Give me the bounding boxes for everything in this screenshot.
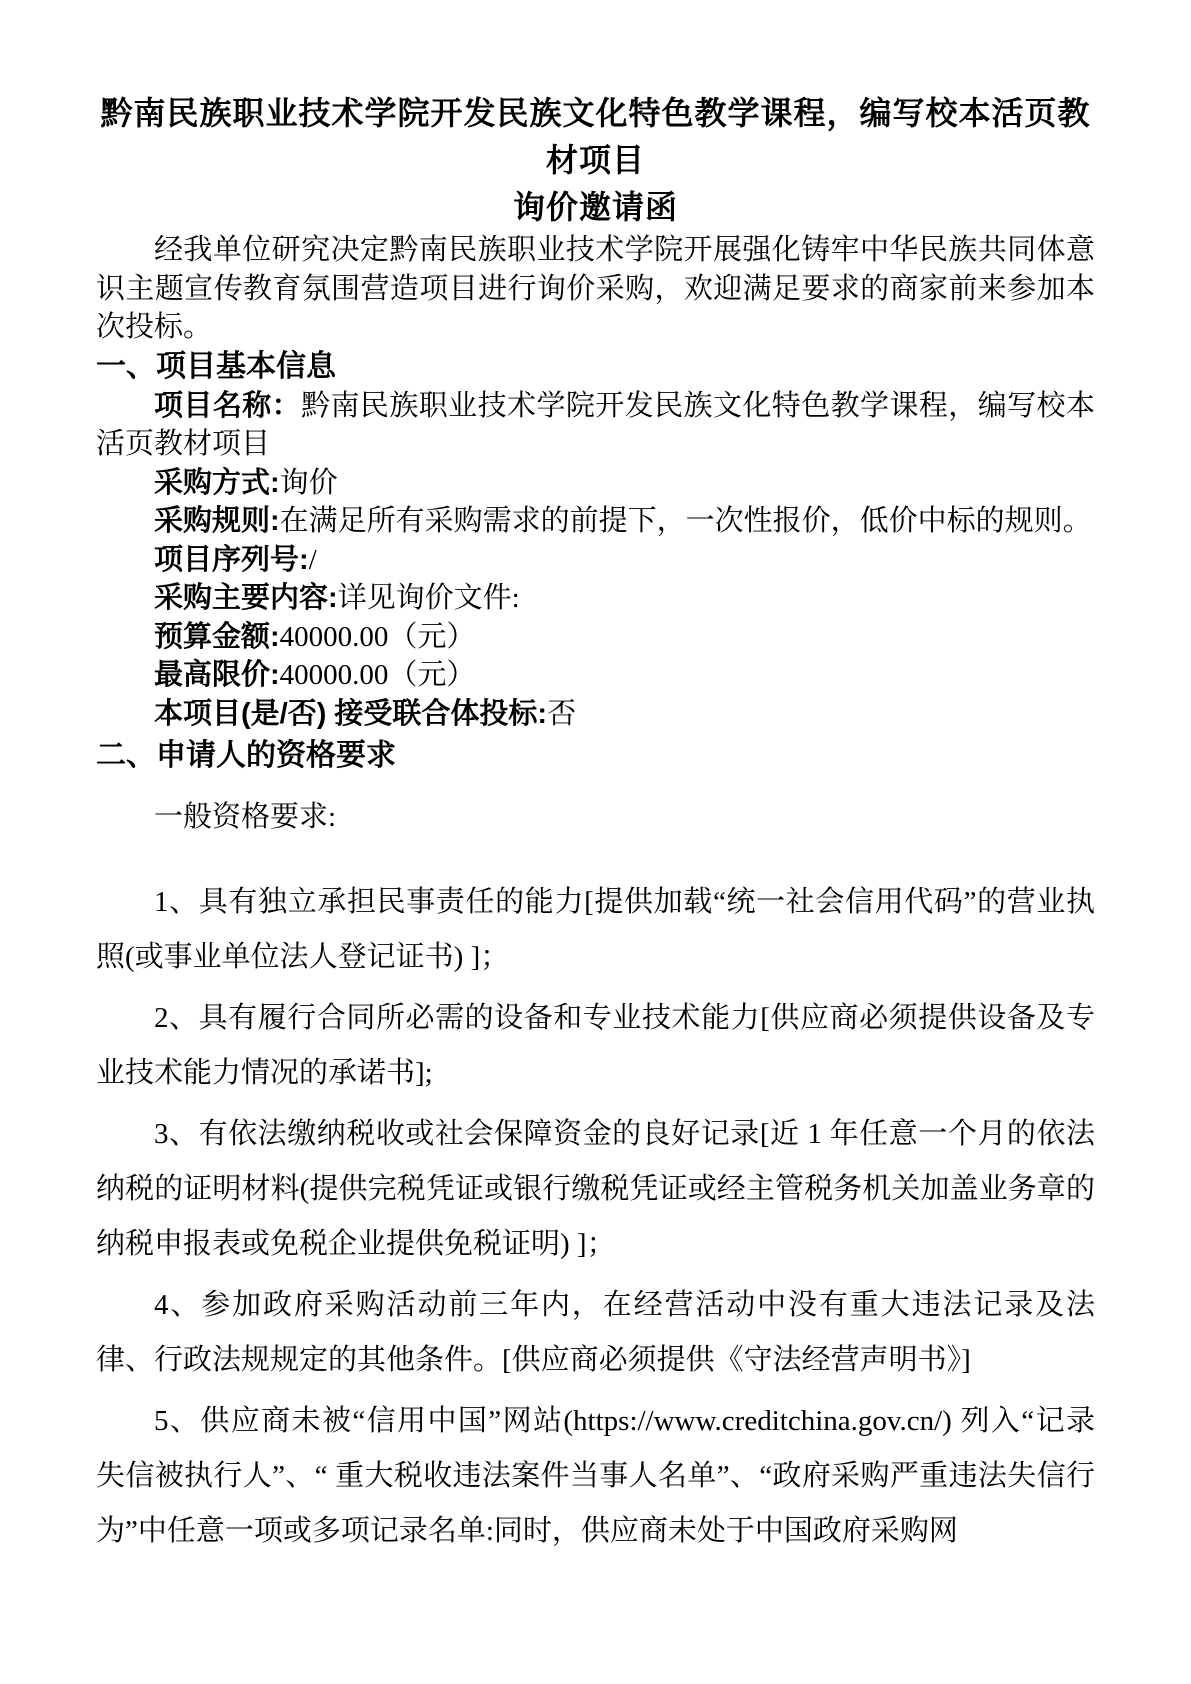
intro-paragraph: 经我单位研究决定黔南民族职业技术学院开展强化铸牢中华民族共同体意识主题宣传教育氛… bbox=[96, 231, 1095, 347]
field-budget-amount-value: 40000.00（元） bbox=[280, 621, 476, 653]
document-page: 黔南民族职业技术学院开发民族文化特色教学课程，编写校本活页教材项目 询价邀请函 … bbox=[0, 0, 1191, 1684]
field-project-serial-value: / bbox=[309, 544, 317, 576]
field-procurement-rule: 采购规则:在满足所有采购需求的前提下，一次性报价，低价中标的规则。 bbox=[96, 502, 1095, 541]
field-max-price-label: 最高限价: bbox=[154, 659, 280, 691]
field-project-serial-label: 项目序列号: bbox=[154, 544, 309, 576]
qualification-item-3: 3、有依法缴纳税收或社会保障资金的良好记录[近 1 年任意一个月的依法纳税的证明… bbox=[96, 1107, 1095, 1272]
document-title-line1: 黔南民族职业技术学院开发民族文化特色教学课程，编写校本活页教材项目 bbox=[96, 90, 1095, 184]
field-budget-amount: 预算金额:40000.00（元） bbox=[96, 618, 1095, 657]
field-budget-amount-label: 预算金额: bbox=[154, 621, 280, 653]
field-main-content: 采购主要内容:详见询价文件: bbox=[96, 579, 1095, 618]
field-consortium-bid-label: 本项目(是/否) 接受联合体投标: bbox=[154, 698, 547, 730]
qualification-item-5: 5、供应商未被“信用中国”网站(https://www.creditchina.… bbox=[96, 1394, 1095, 1559]
section1-heading: 一、项目基本信息 bbox=[96, 347, 1095, 387]
field-max-price: 最高限价:40000.00（元） bbox=[96, 656, 1095, 695]
section2-heading: 二、申请人的资格要求 bbox=[96, 736, 1095, 776]
field-main-content-label: 采购主要内容: bbox=[154, 582, 338, 614]
general-qualification-subheading: 一般资格要求: bbox=[96, 790, 1095, 845]
field-project-serial: 项目序列号:/ bbox=[96, 541, 1095, 580]
field-procurement-rule-value: 在满足所有采购需求的前提下，一次性报价，低价中标的规则。 bbox=[280, 505, 1092, 537]
qualification-item-1: 1、具有独立承担民事责任的能力[提供加载“统一社会信用代码”的营业执照(或事业单… bbox=[96, 875, 1095, 985]
field-consortium-bid: 本项目(是/否) 接受联合体投标:否 bbox=[96, 695, 1095, 734]
field-procurement-method-label: 采购方式: bbox=[154, 467, 280, 499]
field-procurement-rule-label: 采购规则: bbox=[154, 505, 280, 537]
field-consortium-bid-value: 否 bbox=[547, 698, 576, 730]
qualification-item-4: 4、参加政府采购活动前三年内，在经营活动中没有重大违法记录及法律、行政法规规定的… bbox=[96, 1278, 1095, 1388]
field-project-name: 项目名称：黔南民族职业技术学院开发民族文化特色教学课程，编写校本活页教材项目 bbox=[96, 387, 1095, 464]
field-procurement-method: 采购方式:询价 bbox=[96, 464, 1095, 503]
field-main-content-value: 详见询价文件: bbox=[338, 582, 520, 614]
field-procurement-method-value: 询价 bbox=[280, 467, 338, 499]
field-project-name-label: 项目名称： bbox=[154, 390, 301, 422]
field-max-price-value: 40000.00（元） bbox=[280, 659, 476, 691]
qualification-item-2: 2、具有履行合同所必需的设备和专业技术能力[供应商必须提供设备及专业技术能力情况… bbox=[96, 991, 1095, 1101]
document-title-line2: 询价邀请函 bbox=[96, 184, 1095, 231]
